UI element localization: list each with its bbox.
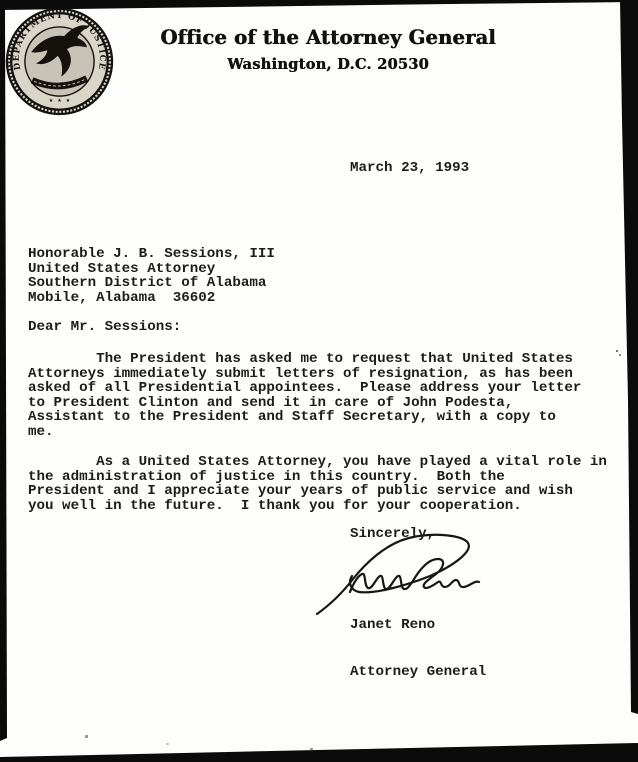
- salutation: Dear Mr. Sessions:: [28, 320, 181, 335]
- doj-seal-icon: DEPARTMENT OF JUSTICE ★ ★ ★: [3, 5, 116, 118]
- seal-stars: ★ ★ ★: [49, 97, 71, 105]
- scan-speck: [166, 743, 169, 745]
- date-line: March 23, 1993: [350, 161, 469, 176]
- signature-block: Janet Reno Attorney General: [350, 587, 486, 711]
- signature-name: Janet Reno: [350, 618, 486, 634]
- body-paragraph: The President has asked me to request th…: [28, 352, 581, 439]
- letterhead-city-line: Washington, D.C. 20530: [158, 56, 498, 73]
- signature-title: Attorney General: [350, 665, 486, 681]
- scan-speck: [310, 748, 313, 750]
- scan-speck: [85, 735, 88, 738]
- letterhead-office-line: Office of the Attorney General: [158, 26, 498, 49]
- scan-edge-right: [620, 0, 638, 714]
- scan-edge-bottom: [0, 743, 638, 762]
- scanned-letter-page: DEPARTMENT OF JUSTICE ★ ★ ★ Office of th…: [0, 0, 638, 762]
- letterhead: Office of the Attorney General Washingto…: [158, 26, 498, 73]
- recipient-address: Honorable J. B. Sessions, III United Sta…: [28, 247, 275, 305]
- body-paragraph: As a United States Attorney, you have pl…: [28, 455, 607, 513]
